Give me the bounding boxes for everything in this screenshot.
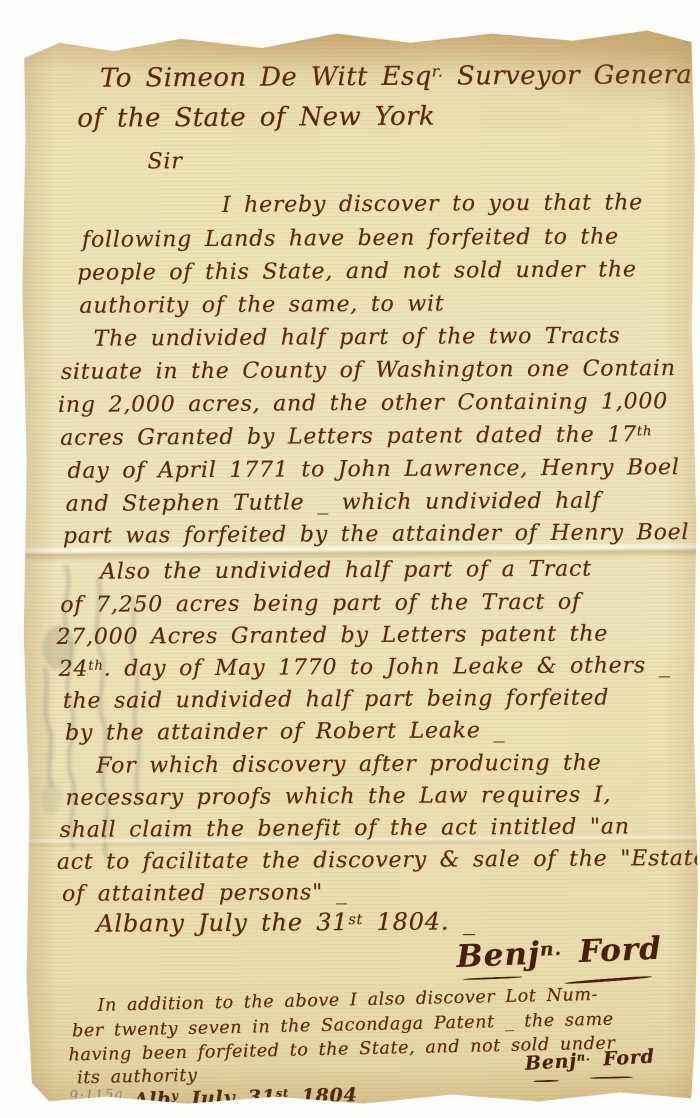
postscript-signature-name: Benj	[524, 1050, 577, 1075]
postscript-dateline: Alby July 31st 1804	[133, 1084, 357, 1110]
postscript-block: In addition to the above I also discover…	[19, 26, 700, 1110]
archival-pencil-note: 9:115a	[69, 1087, 124, 1105]
postscript-dateline-superscript-1: y	[171, 1088, 179, 1102]
postscript-dateline-year: 1804	[289, 1084, 358, 1107]
postscript-dateline-date: July 31	[178, 1086, 276, 1110]
postscript-signature-dash-1	[533, 1080, 559, 1083]
postscript-signature-surname: Ford	[590, 1045, 655, 1071]
postscript-signature-dash-2	[589, 1076, 633, 1079]
postscript-line-4: its authority	[77, 1066, 198, 1089]
postscript-signature-superscript: n.	[576, 1049, 591, 1064]
manuscript-paper: To Simeon De Witt Esqr. Surveyor General…	[19, 26, 700, 1110]
postscript-dateline-place: Alb	[133, 1088, 171, 1110]
postscript-dateline-superscript-2: st	[275, 1086, 289, 1100]
